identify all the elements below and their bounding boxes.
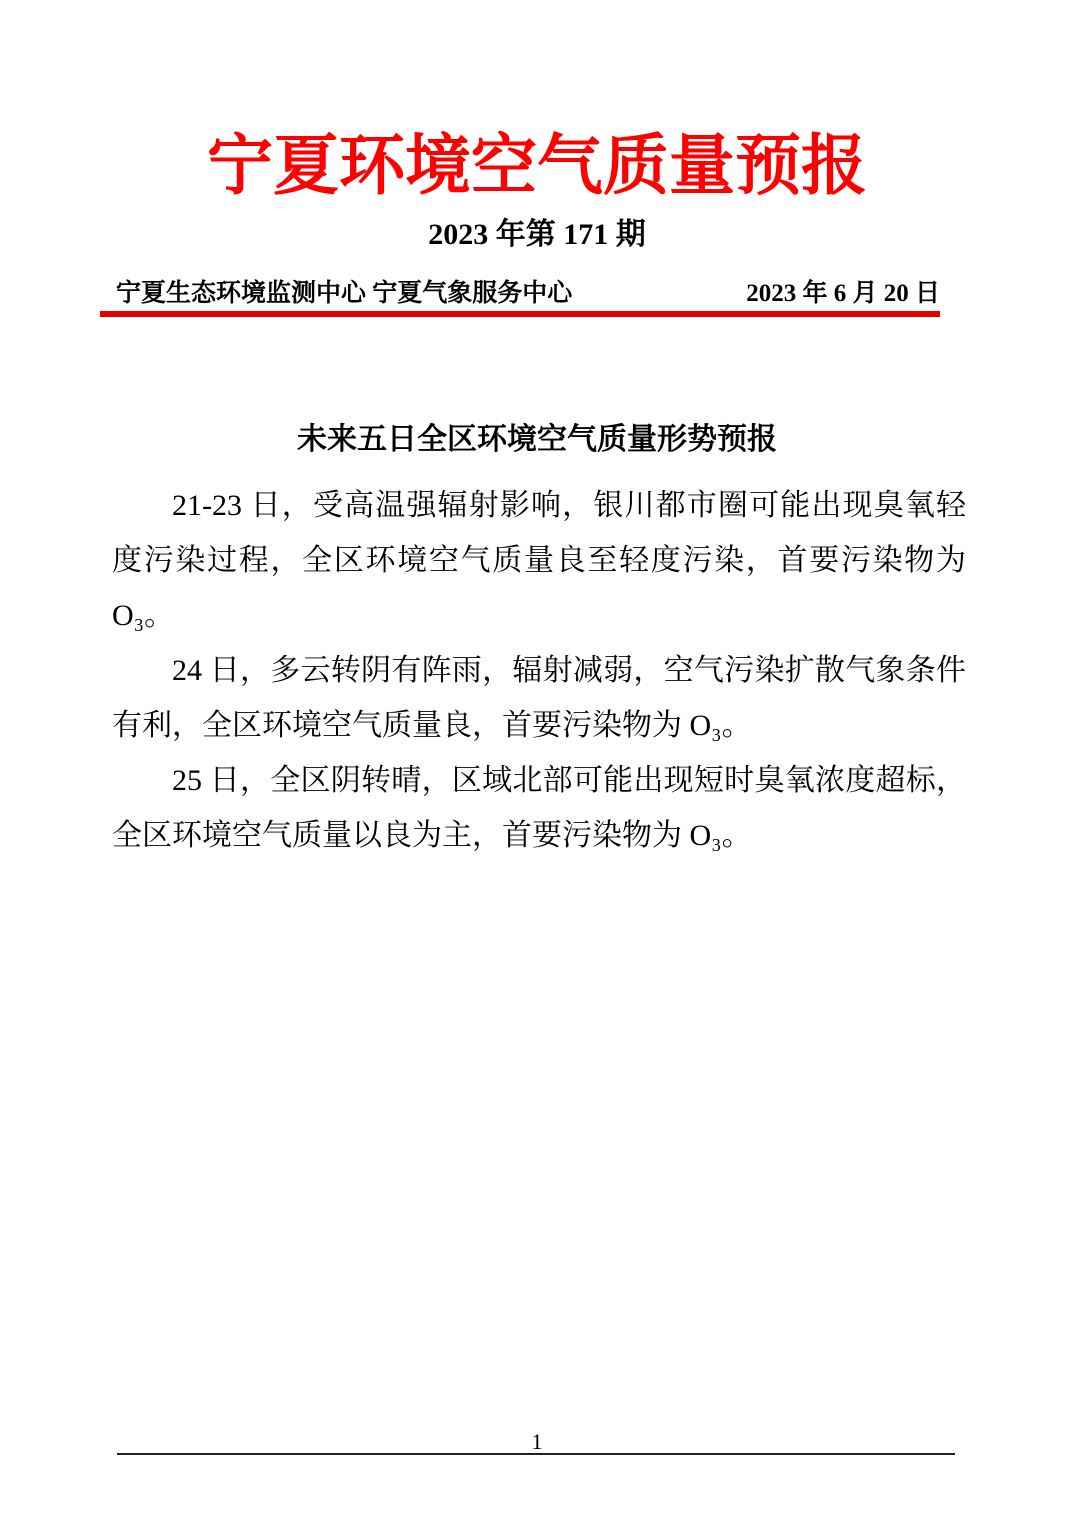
issuing-organizations: 宁夏生态环境监测中心 宁夏气象服务中心 xyxy=(116,278,572,310)
footer-divider-line xyxy=(117,1453,955,1455)
masthead-info-row: 宁夏生态环境监测中心 宁夏气象服务中心 2023 年 6 月 20 日 xyxy=(116,278,940,310)
issue-number-line: 2023 年第 171 期 xyxy=(0,217,1074,253)
forecast-paragraph-3: 25 日，全区阴转晴，区域北部可能出现短时臭氧浓度超标，全区环境空气质量以良为主… xyxy=(112,753,966,863)
section-heading: 未来五日全区环境空气质量形势预报 xyxy=(0,421,1074,459)
red-header-divider xyxy=(100,311,940,317)
document-title: 宁夏环境空气质量预报 xyxy=(0,130,1074,204)
page-number: 1 xyxy=(0,1430,1074,1454)
forecast-paragraph-1: 21-23 日，受高温强辐射影响，银川都市圈可能出现臭氧轻度污染过程，全区环境空… xyxy=(112,478,966,643)
forecast-paragraph-2: 24 日，多云转阴有阵雨，辐射减弱，空气污染扩散气象条件有利，全区环境空气质量良… xyxy=(112,643,966,753)
forecast-body: 21-23 日，受高温强辐射影响，银川都市圈可能出现臭氧轻度污染过程，全区环境空… xyxy=(112,478,966,863)
issue-date: 2023 年 6 月 20 日 xyxy=(746,278,940,310)
document-page: 宁夏环境空气质量预报 2023 年第 171 期 宁夏生态环境监测中心 宁夏气象… xyxy=(0,0,1074,1520)
